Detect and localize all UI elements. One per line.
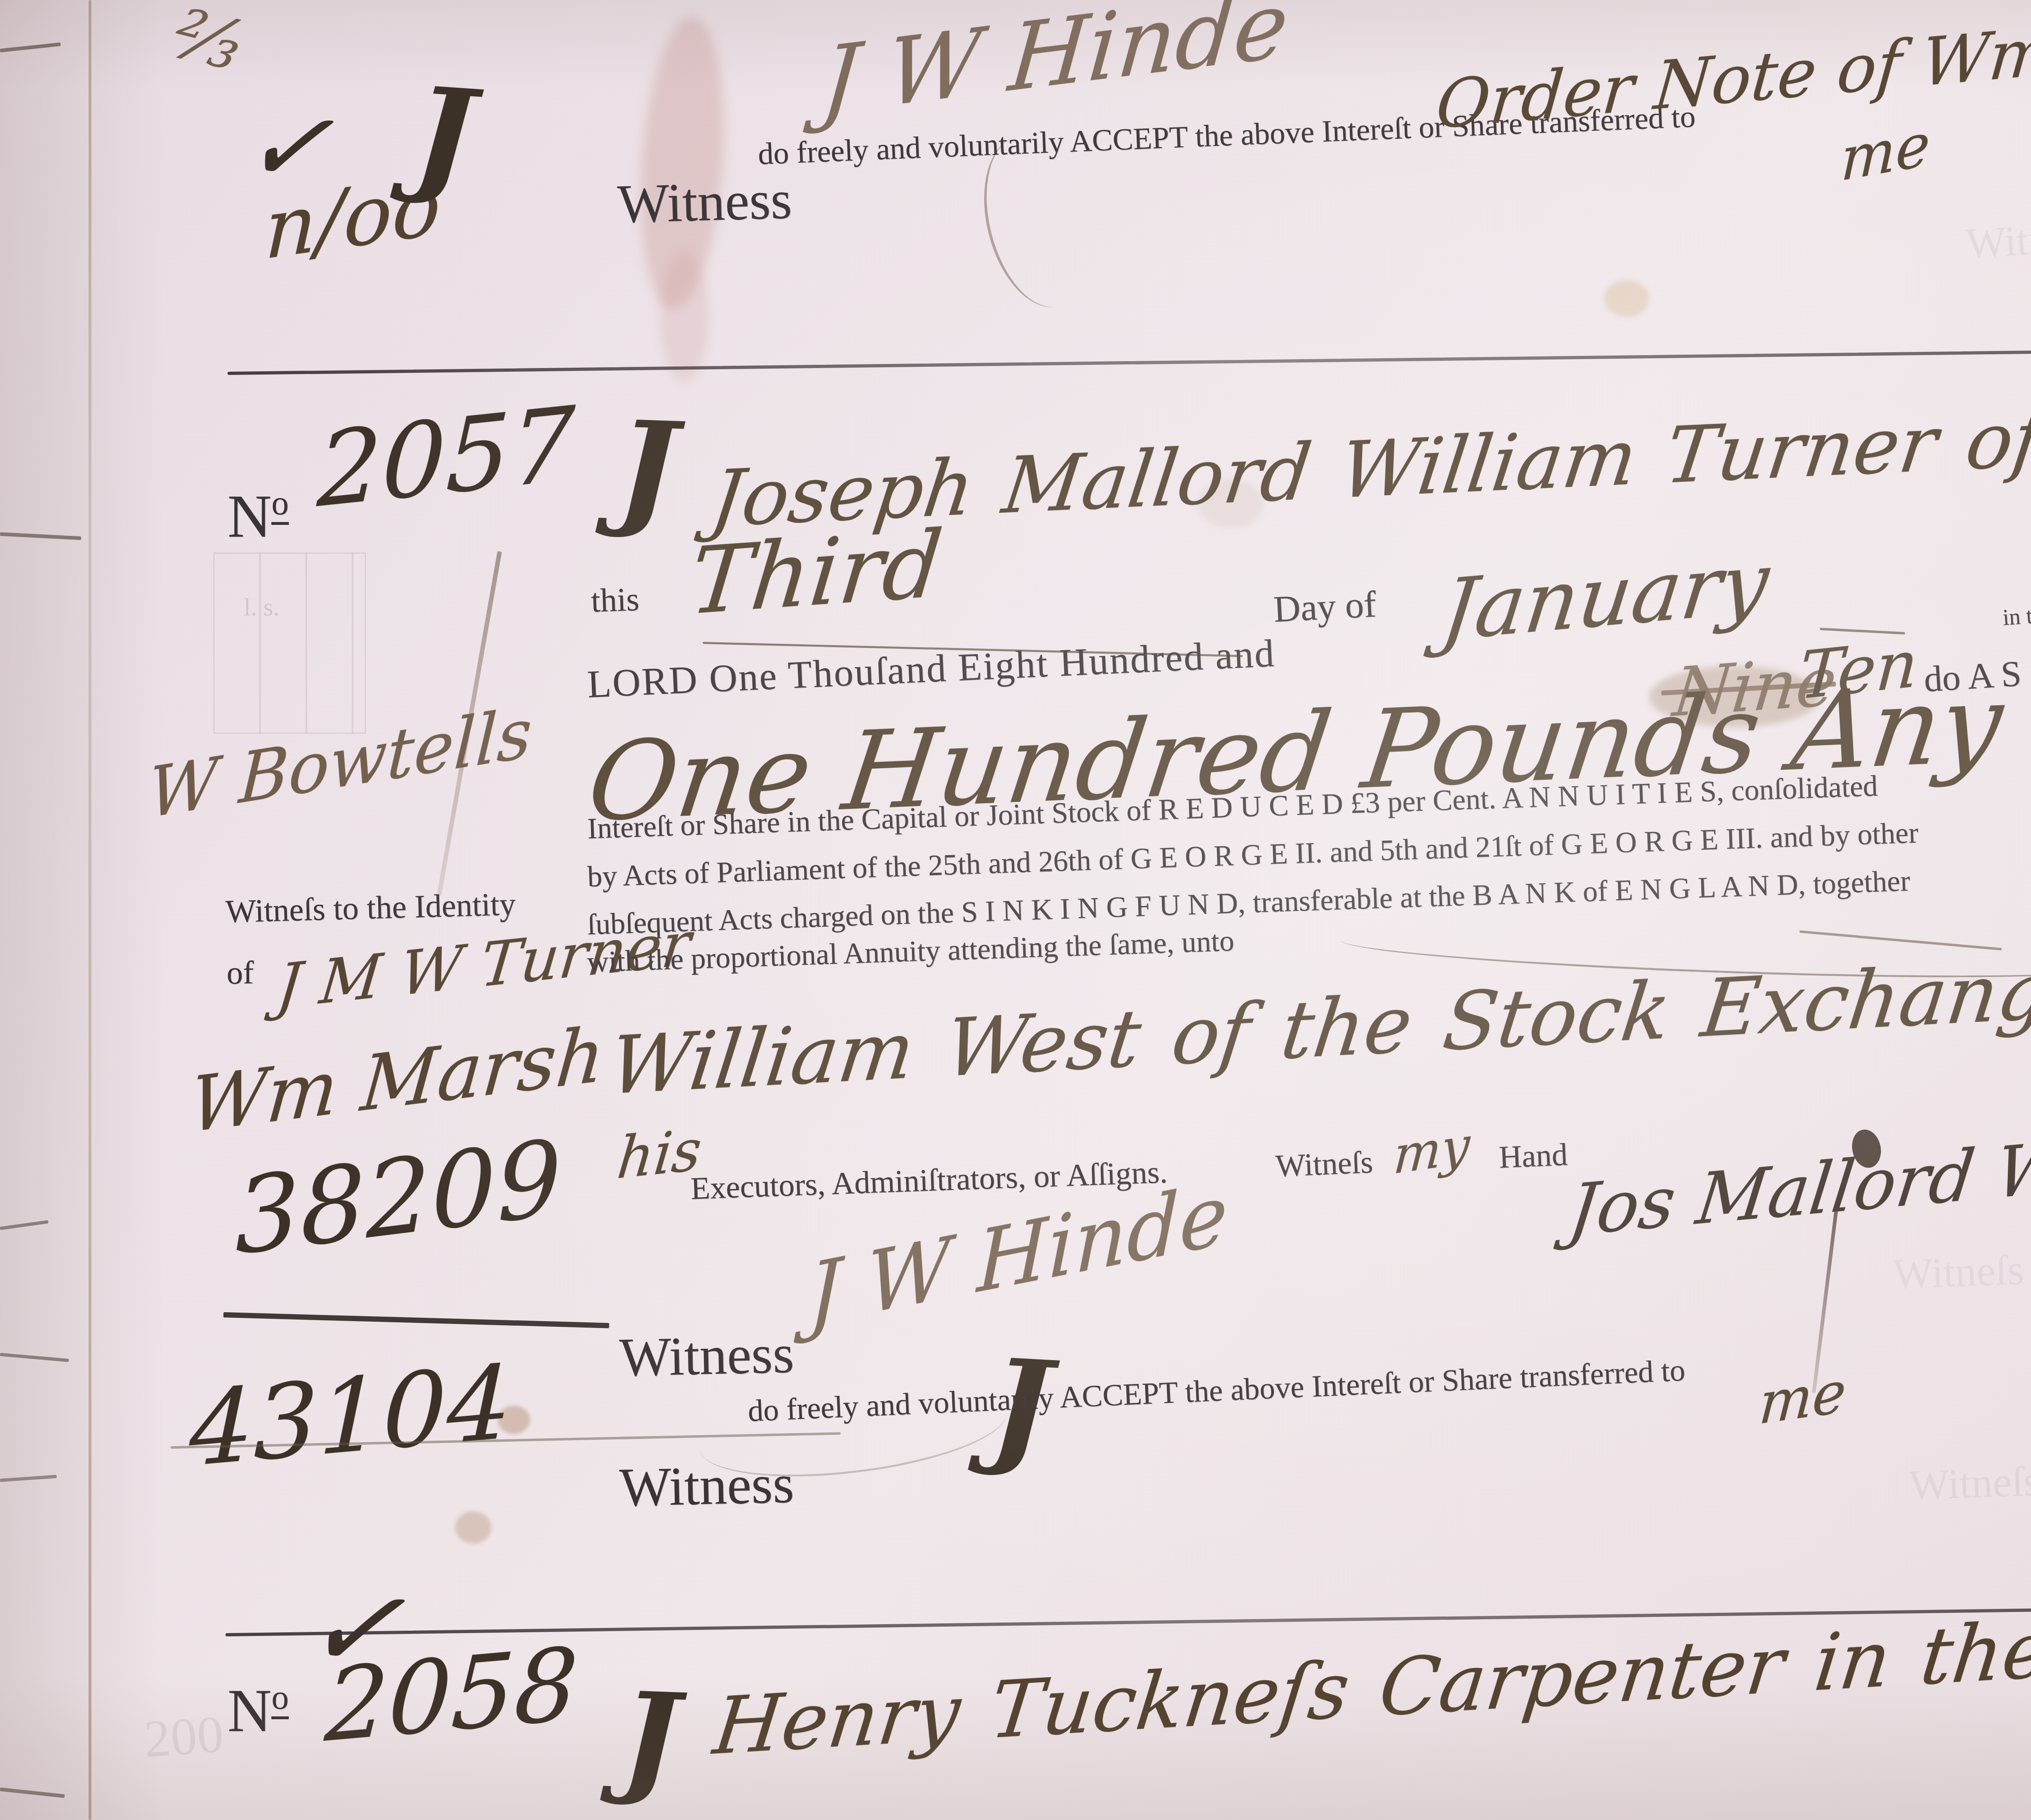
prev-initial-flourish-mark: J bbox=[409, 59, 479, 210]
this-label: this bbox=[590, 580, 640, 620]
witness-label-2: Witness bbox=[619, 1453, 795, 1519]
day-word: Third bbox=[685, 511, 947, 636]
ghost-witness-bottom: Witneſs bbox=[1908, 1456, 2031, 1510]
entry-number-label-o: o bbox=[271, 484, 289, 525]
left-page-crease bbox=[89, 0, 91, 1820]
stray-ink-6 bbox=[0, 1787, 65, 1798]
ghost-stamp-box bbox=[213, 552, 366, 734]
prev-margin-fraction: ⅔ bbox=[160, 0, 256, 86]
ghost-witness-top: Witneſs bbox=[1965, 212, 2031, 268]
transferred-to-word: me bbox=[1757, 1358, 1848, 1438]
ledger-page: Witneſs Witneſs Witneſs 200 l. s. ⅔ ✓ n/… bbox=[0, 0, 2031, 1820]
prev-witness-signature: J W Hinde bbox=[818, 0, 1293, 136]
stray-ink-1 bbox=[0, 42, 61, 52]
ledger-number: 43104 bbox=[188, 1343, 512, 1490]
prev-transferred-to: me bbox=[1840, 109, 1931, 195]
stray-ink-5 bbox=[0, 1475, 57, 1482]
next-entry-initial-mark: J bbox=[619, 1665, 682, 1810]
hand-label: Hand bbox=[1498, 1136, 1568, 1176]
accept-line: do freely and voluntarily ACCEPT the abo… bbox=[747, 1353, 1686, 1429]
entry-initial-mark: J bbox=[615, 393, 680, 543]
stray-ink-3 bbox=[0, 1220, 48, 1230]
month-word: January bbox=[1437, 533, 1774, 660]
entry-divider-rule-top bbox=[227, 345, 2031, 375]
witness-hand-label: Witneſs bbox=[1275, 1144, 1373, 1184]
my-word: my bbox=[1392, 1115, 1472, 1186]
stock-ref-number: 38209 bbox=[234, 1117, 563, 1278]
entry-number: 2057 bbox=[316, 384, 577, 530]
next-entry-number-label-o: o bbox=[271, 1678, 289, 1719]
next-entry-number: 2058 bbox=[323, 1626, 581, 1765]
ghost-stamp-columns: l. s. bbox=[244, 593, 279, 622]
entry-number-label: No bbox=[227, 481, 289, 551]
entry-number-label-n: N bbox=[227, 483, 271, 550]
ghost-witness-mid: Witneſs bbox=[1892, 1245, 2025, 1298]
day-of-label: Day of bbox=[1272, 582, 1377, 630]
year-line-right: in the Year of our bbox=[2002, 594, 2031, 630]
rust-spot-2 bbox=[455, 1511, 492, 1544]
stray-ink-2 bbox=[0, 532, 81, 540]
next-entry-number-label-n: N bbox=[227, 1677, 271, 1744]
identity-label-line1: Witneſs to the Identity bbox=[225, 886, 516, 931]
next-entry-number-label: No bbox=[227, 1676, 289, 1746]
ghost-number: 200 bbox=[142, 1703, 225, 1770]
stock-ref-underline bbox=[223, 1312, 609, 1328]
next-entry-holder: Henry Tuckneſs Carpenter in the Royal Na… bbox=[709, 1576, 2031, 1772]
year-line: LORD One Thouſand Eight Hundred and bbox=[586, 630, 1276, 707]
witness-label-1: Witness bbox=[619, 1323, 795, 1389]
pink-smudge-tail bbox=[660, 252, 709, 382]
stray-ink-4 bbox=[0, 1353, 69, 1362]
yellow-spot-stain bbox=[1604, 280, 1649, 317]
holder-signature: Jos Mallord Wm Turner bbox=[1564, 1096, 2031, 1252]
prev-order-note-line1: Order Note of Wm Ades Sole Exr of John bbox=[1433, 0, 2031, 144]
identity-label-line2: of bbox=[227, 955, 254, 992]
prev-witness-label: Witness bbox=[617, 168, 792, 236]
